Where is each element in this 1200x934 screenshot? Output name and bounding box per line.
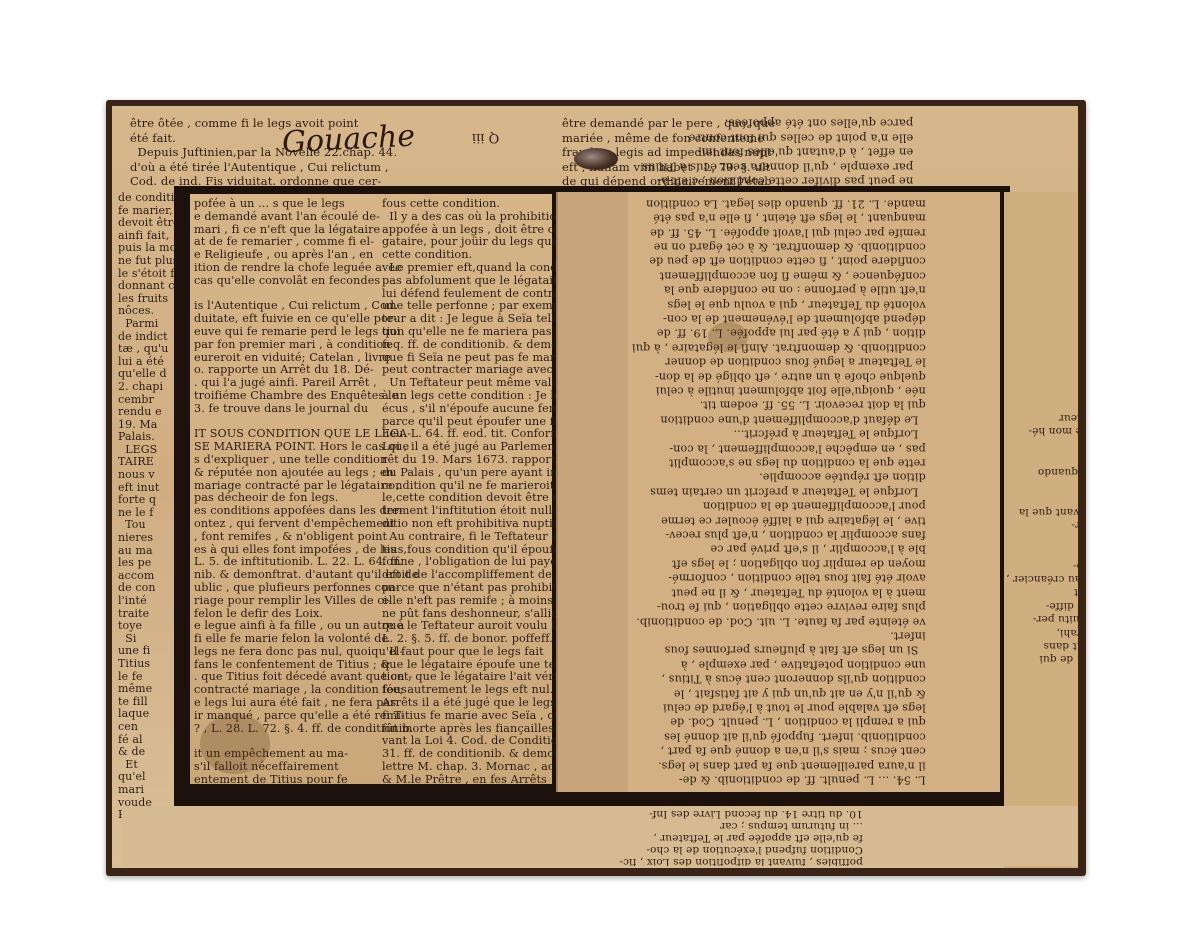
stain bbox=[708, 322, 748, 352]
page-mark: Q iii bbox=[472, 130, 499, 145]
frame-backing-paper: être ôtée , comme fi le legs avoit point… bbox=[112, 106, 1078, 868]
right-edge-paper: , ni les autres a condition 16. du maria… bbox=[1004, 192, 1078, 868]
top-paper-band: être ôtée , comme fi le legs avoit point… bbox=[122, 112, 1078, 186]
bottom-paper-band: Une condition , fous laquelle un legs ef… bbox=[122, 806, 1078, 866]
inner-right-paper: L. 54. ... L. penult. ff. de conditionib… bbox=[628, 192, 1000, 792]
middle-column-text: fous cette condition. Il y a des cas où … bbox=[382, 198, 558, 784]
water-stain bbox=[200, 714, 270, 774]
middle-column: fous cette condition. Il y a des cas où … bbox=[382, 194, 558, 784]
right-column-flipped-text: L. 54. ... L. penult. ff. de conditionib… bbox=[632, 196, 926, 787]
cardboard-strip bbox=[556, 192, 630, 792]
hanging-ring-icon bbox=[574, 148, 618, 170]
bottom-flipped-text: Une condition , fous laquelle un legs ef… bbox=[602, 808, 863, 866]
handwritten-label: Gouache bbox=[281, 119, 416, 161]
far-right-flipped-text: , ni les autres a condition 16. du maria… bbox=[1006, 196, 1078, 719]
frame-back: être ôtée , comme fi le legs avoit point… bbox=[106, 100, 1086, 876]
